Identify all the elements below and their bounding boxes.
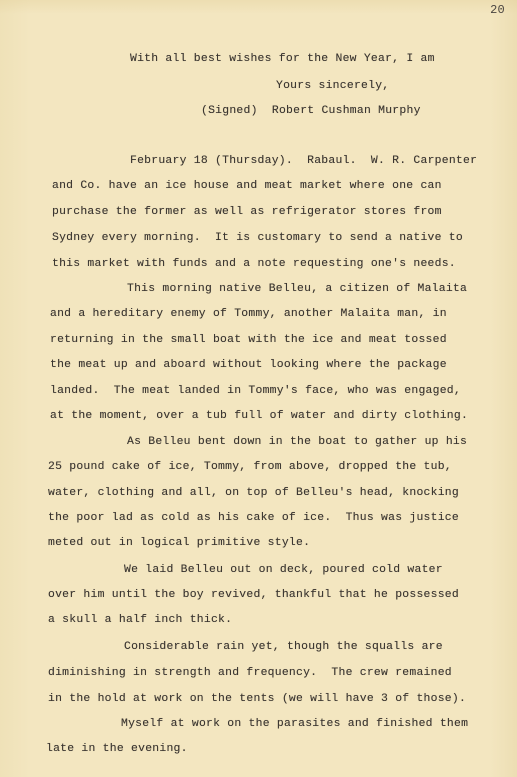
page-number: 20	[490, 3, 505, 17]
body-line: at the moment, over a tub full of water …	[50, 409, 468, 423]
body-line: This morning native Belleu, a citizen of…	[127, 282, 467, 296]
body-line: late in the evening.	[46, 742, 188, 756]
body-line: the poor lad as cold as his cake of ice.…	[48, 511, 459, 525]
closing-salutation: Yours sincerely,	[276, 79, 389, 93]
body-line: 25 pound cake of ice, Tommy, from above,…	[48, 460, 452, 474]
body-line: landed. The meat landed in Tommy's face,…	[50, 384, 461, 398]
body-line: February 18 (Thursday). Rabaul. W. R. Ca…	[130, 154, 477, 168]
body-line: We laid Belleu out on deck, poured cold …	[124, 563, 443, 577]
closing-line: With all best wishes for the New Year, I…	[130, 52, 435, 66]
body-line: and a hereditary enemy of Tommy, another…	[50, 307, 447, 321]
body-line: a skull a half inch thick.	[48, 613, 232, 627]
body-line: diminishing in strength and frequency. T…	[48, 666, 452, 680]
typewritten-page: 20 With all best wishes for the New Year…	[0, 0, 517, 777]
closing-signature: (Signed) Robert Cushman Murphy	[201, 104, 421, 118]
body-line: the meat up and aboard without looking w…	[50, 358, 447, 372]
body-line: over him until the boy revived, thankful…	[48, 588, 459, 602]
body-line: and Co. have an ice house and meat marke…	[52, 179, 442, 193]
body-line: purchase the former as well as refrigera…	[52, 205, 442, 219]
body-line: this market with funds and a note reques…	[52, 257, 456, 271]
body-line: in the hold at work on the tents (we wil…	[48, 692, 466, 706]
body-line: Considerable rain yet, though the squall…	[124, 640, 443, 654]
body-line: Sydney every morning. It is customary to…	[52, 231, 463, 245]
body-line: returning in the small boat with the ice…	[50, 333, 447, 347]
body-line: meted out in logical primitive style.	[48, 536, 310, 550]
body-line: water, clothing and all, on top of Belle…	[48, 486, 459, 500]
body-line: As Belleu bent down in the boat to gathe…	[127, 435, 467, 449]
body-line: Myself at work on the parasites and fini…	[121, 717, 468, 731]
